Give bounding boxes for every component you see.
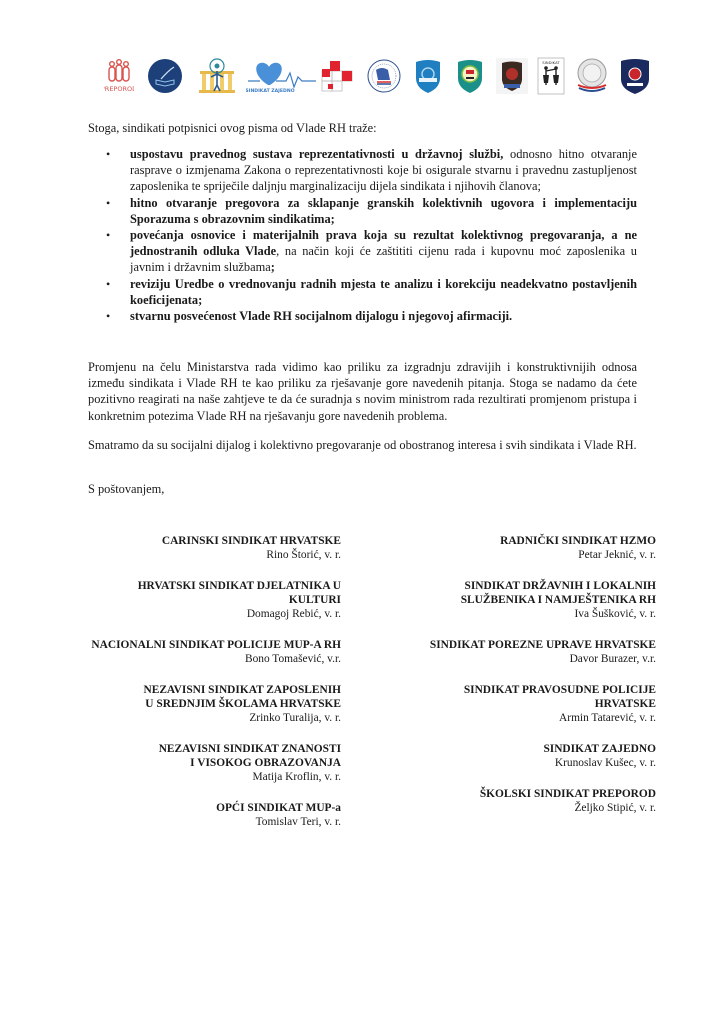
demand-item: hitno otvaranje pregovora za sklapanje g… xyxy=(88,195,637,227)
sindikat-figures-logo: SINDIKAT xyxy=(536,56,566,96)
signatory-name: Bono Tomašević, v.r. xyxy=(60,652,341,666)
svg-text:PREPOROD: PREPOROD xyxy=(104,85,134,93)
signature-block: NACIONALNI SINDIKAT POLICIJE MUP-A RHBon… xyxy=(60,638,341,666)
demand-bold: uspostavu pravednog sustava reprezentati… xyxy=(130,147,503,161)
signatory-name: Iva Šušković, v. r. xyxy=(380,607,656,621)
demand-bold: reviziju Uredbe o vrednovanju radnih mje… xyxy=(130,277,637,307)
union-name: RADNIČKI SINDIKAT HZMO xyxy=(380,534,656,548)
demands-list: uspostavu pravednog sustava reprezentati… xyxy=(88,146,637,324)
teal-shield-logo xyxy=(454,56,486,96)
demand-item: stvarnu posvećenost Vlade RH socijalnom … xyxy=(88,308,637,324)
signatory-name: Željko Stipić, v. r. xyxy=(380,801,656,815)
signatory-name: Rino Štorić, v. r. xyxy=(60,548,341,562)
signatures-right-column: RADNIČKI SINDIKAT HZMOPetar Jeknić, v. r… xyxy=(380,534,656,832)
signatory-name: Davor Burazer, v.r. xyxy=(380,652,656,666)
signatory-name: Tomislav Teri, v. r. xyxy=(60,815,341,829)
atlas-temple-logo xyxy=(196,56,238,96)
union-name: CARINSKI SINDIKAT HRVATSKE xyxy=(60,534,341,548)
signatures-left-column: CARINSKI SINDIKAT HRVATSKERino Štorić, v… xyxy=(60,534,341,846)
grey-round-seal-logo xyxy=(574,56,610,96)
signature-block: CARINSKI SINDIKAT HRVATSKERino Štorić, v… xyxy=(60,534,341,562)
paragraph-social-dialogue: Smatramo da su socijalni dijalog i kolek… xyxy=(88,437,637,453)
closing-salutation: S poštovanjem, xyxy=(88,481,637,497)
union-name: SINDIKAT ZAJEDNO xyxy=(380,742,656,756)
signature-block: SINDIKAT ZAJEDNOKrunoslav Kušec, v. r. xyxy=(380,742,656,770)
union-name: SINDIKAT POREZNE UPRAVE HRVATSKE xyxy=(380,638,656,652)
signatory-name: Armin Tatarević, v. r. xyxy=(380,711,656,725)
union-name: HRVATSKI SINDIKAT DJELATNIKA U KULTURI xyxy=(60,579,341,607)
paragraph-ministry-change: Promjenu na čelu Ministarstva rada vidim… xyxy=(88,359,637,424)
signatory-name: Zrinko Turalija, v. r. xyxy=(60,711,341,725)
blue-circle-quill-logo xyxy=(146,56,184,96)
demand-bold: stvarnu posvećenost Vlade RH socijalnom … xyxy=(130,309,512,323)
signature-block: ŠKOLSKI SINDIKAT PREPORODŽeljko Stipić, … xyxy=(380,787,656,815)
checkerboard-cubes-logo xyxy=(318,56,354,96)
preporod-logo: PREPOROD xyxy=(104,56,134,96)
demand-item: povećanja osnovice i materijalnih prava … xyxy=(88,227,637,276)
svg-text:SINDIKAT: SINDIKAT xyxy=(542,60,560,65)
union-name: NEZAVISNI SINDIKAT ZNANOSTI I VISOKOG OB… xyxy=(60,742,341,770)
signature-block: SINDIKAT PRAVOSUDNE POLICIJE HRVATSKEArm… xyxy=(380,683,656,725)
signatory-name: Domagoj Rebić, v. r. xyxy=(60,607,341,621)
signature-block: OPĆI SINDIKAT MUP-aTomislav Teri, v. r. xyxy=(60,801,341,829)
union-name: SINDIKAT PRAVOSUDNE POLICIJE HRVATSKE xyxy=(380,683,656,711)
signature-block: SINDIKAT DRŽAVNIH I LOKALNIH SLUŽBENIKA … xyxy=(380,579,656,621)
signature-block: HRVATSKI SINDIKAT DJELATNIKA U KULTURIDo… xyxy=(60,579,341,621)
red-badge-shield-logo xyxy=(494,56,530,96)
intro-text: Stoga, sindikati potpisnici ovog pisma o… xyxy=(88,120,637,136)
union-name: NACIONALNI SINDIKAT POLICIJE MUP-A RH xyxy=(60,638,341,652)
demand-item: reviziju Uredbe o vrednovanju radnih mje… xyxy=(88,276,637,308)
demand-item: uspostavu pravednog sustava reprezentati… xyxy=(88,146,637,195)
signature-block: NEZAVISNI SINDIKAT ZAPOSLENIH U SREDNJIM… xyxy=(60,683,341,725)
signatory-name: Petar Jeknić, v. r. xyxy=(380,548,656,562)
sindikat-zajedno-logo: SINDIKAT ZAJEDNO xyxy=(246,56,324,96)
demand-bold: hitno otvaranje pregovora za sklapanje g… xyxy=(130,196,637,226)
union-name: SINDIKAT DRŽAVNIH I LOKALNIH SLUŽBENIKA … xyxy=(380,579,656,607)
navy-police-shield-logo xyxy=(618,56,652,96)
signature-block: NEZAVISNI SINDIKAT ZNANOSTI I VISOKOG OB… xyxy=(60,742,341,784)
union-logos-header: PREPOROD SINDIKAT ZAJEDNO xyxy=(104,56,664,96)
union-name: ŠKOLSKI SINDIKAT PREPOROD xyxy=(380,787,656,801)
round-seal-logo xyxy=(366,56,402,96)
union-name: NEZAVISNI SINDIKAT ZAPOSLENIH U SREDNJIM… xyxy=(60,683,341,711)
demand-bold-tail: ; xyxy=(271,260,275,274)
signatory-name: Krunoslav Kušec, v. r. xyxy=(380,756,656,770)
signature-block: SINDIKAT POREZNE UPRAVE HRVATSKEDavor Bu… xyxy=(380,638,656,666)
blue-shield-logo xyxy=(412,56,444,96)
svg-text:SINDIKAT ZAJEDNO: SINDIKAT ZAJEDNO xyxy=(246,88,295,94)
signature-block: RADNIČKI SINDIKAT HZMOPetar Jeknić, v. r… xyxy=(380,534,656,562)
union-name: OPĆI SINDIKAT MUP-a xyxy=(60,801,341,815)
signatory-name: Matija Kroflin, v. r. xyxy=(60,770,341,784)
